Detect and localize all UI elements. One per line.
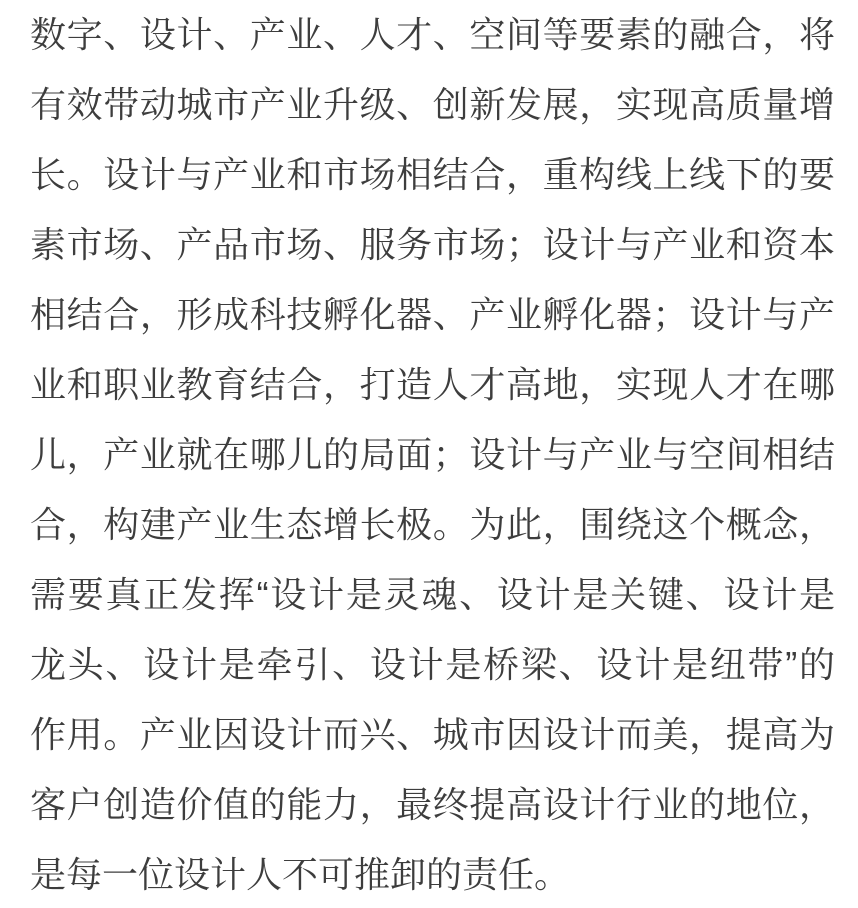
paragraph-line: 是每一位设计人不可推卸的责任。 <box>30 840 835 908</box>
paragraph-line: 有效带动城市产业升级、创新发展，实现高质量增 <box>30 70 835 140</box>
paragraph-line: 素市场、产品市场、服务市场；设计与产业和资本 <box>30 210 835 280</box>
paragraph-line: 业和职业教育结合，打造人才高地，实现人才在哪 <box>30 350 835 420</box>
paragraph-line: 需要真正发挥“设计是灵魂、设计是关键、设计是 <box>30 560 835 630</box>
paragraph-line: 数字、设计、产业、人才、空间等要素的融合，将 <box>30 0 835 70</box>
paragraph-line: 儿，产业就在哪儿的局面；设计与产业与空间相结 <box>30 420 835 490</box>
paragraph-line: 龙头、设计是牵引、设计是桥梁、设计是纽带”的 <box>30 630 835 700</box>
paragraph-line: 相结合，形成科技孵化器、产业孵化器；设计与产 <box>30 280 835 350</box>
article-body-text: 数字、设计、产业、人才、空间等要素的融合，将有效带动城市产业升级、创新发展，实现… <box>0 0 858 908</box>
paragraph-line: 合，构建产业生态增长极。为此，围绕这个概念， <box>30 490 835 560</box>
paragraph-line: 作用。产业因设计而兴、城市因设计而美，提高为 <box>30 700 835 770</box>
paragraph-line: 长。设计与产业和市场相结合，重构线上线下的要 <box>30 140 835 210</box>
paragraph-line: 客户创造价值的能力，最终提高设计行业的地位， <box>30 770 835 840</box>
